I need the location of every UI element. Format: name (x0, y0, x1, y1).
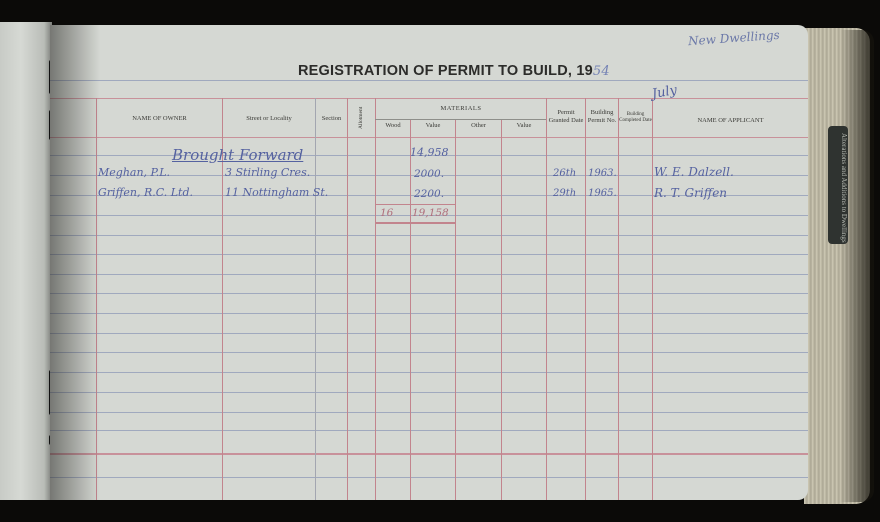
gutter-shadow (50, 25, 100, 500)
rule (50, 80, 808, 81)
rule (50, 254, 808, 255)
total-count: 16 (380, 207, 393, 219)
header-section: Section (316, 115, 347, 123)
rule (50, 430, 808, 431)
brought-forward-label: Brought Forward (172, 146, 303, 164)
rule (50, 372, 808, 373)
title-year: 54 (593, 64, 610, 79)
col-divider (410, 120, 411, 500)
rule (50, 333, 808, 334)
page-title: REGISTRATION OF PERMIT TO BUILD, 1954 (298, 63, 610, 79)
row-applicant: R. T. Griffen (654, 186, 727, 200)
header-building-completed: Building Completed Date (619, 112, 652, 124)
header-building-permit: Building Permit No. (587, 109, 617, 125)
rule (50, 313, 808, 314)
col-divider (618, 98, 619, 500)
row-value: 2000. (414, 168, 444, 180)
row-permit-granted: 29th (553, 188, 576, 199)
col-divider (585, 98, 586, 500)
rule (50, 352, 808, 353)
col-divider (546, 98, 547, 500)
title-text: REGISTRATION OF PERMIT TO BUILD, 19 (298, 63, 593, 79)
previous-page (0, 22, 52, 500)
total-top-line (376, 204, 455, 205)
row-permit-no: 1965. (588, 188, 617, 199)
row-permit-granted: 26th (553, 168, 576, 179)
header-value: Value (411, 122, 455, 130)
col-divider (501, 120, 502, 500)
col-divider (96, 98, 97, 500)
col-divider (315, 98, 316, 500)
rule (50, 274, 808, 275)
rule (50, 392, 808, 393)
row-permit-no: 1963. (588, 168, 617, 179)
row-street: 3 Stirling Cres. (225, 166, 310, 179)
rule (50, 412, 808, 413)
header-allotment: Allotment (348, 103, 375, 133)
header-owner: NAME OF OWNER (97, 115, 222, 123)
book-shadow (840, 30, 874, 502)
rule (50, 235, 808, 236)
header-applicant: NAME OF APPLICANT (653, 117, 808, 125)
col-divider (375, 98, 376, 500)
header-bottom-rule (50, 137, 808, 138)
header-materials: MATERIALS (376, 105, 546, 113)
col-divider (455, 120, 456, 500)
row-owner: Meghan, P.L. (98, 166, 170, 179)
rule (50, 477, 808, 478)
row-value: 2200. (414, 188, 444, 200)
header-street: Street or Locality (223, 115, 315, 123)
row-street: 11 Nottingham St. (225, 186, 328, 199)
header-wood: Wood (376, 122, 410, 130)
total-bottom-line (376, 222, 455, 224)
rule (50, 293, 808, 294)
brought-forward-value: 14,958 (410, 146, 449, 159)
annotation-month: July (651, 83, 678, 102)
header-top-rule (50, 98, 808, 99)
ledger-page: NAME OF OWNER Street or Locality Section… (50, 25, 808, 500)
section-tab[interactable]: Alterations and Additions to Dwellings (828, 126, 848, 244)
materials-divider (375, 119, 546, 120)
annotation-new-dwellings: New Dwellings (688, 28, 781, 48)
row-owner: Griffen, R.C. Ltd. (98, 186, 193, 199)
header-value-2: Value (502, 122, 546, 130)
col-divider (652, 98, 653, 500)
row-applicant: W. E. Dalzell. (654, 165, 734, 179)
footer-rule (50, 453, 808, 455)
col-divider (347, 98, 348, 500)
header-other: Other (456, 122, 501, 130)
header-permit-granted: Permit Granted Date (548, 109, 584, 125)
total-value: 19,158 (412, 207, 449, 219)
